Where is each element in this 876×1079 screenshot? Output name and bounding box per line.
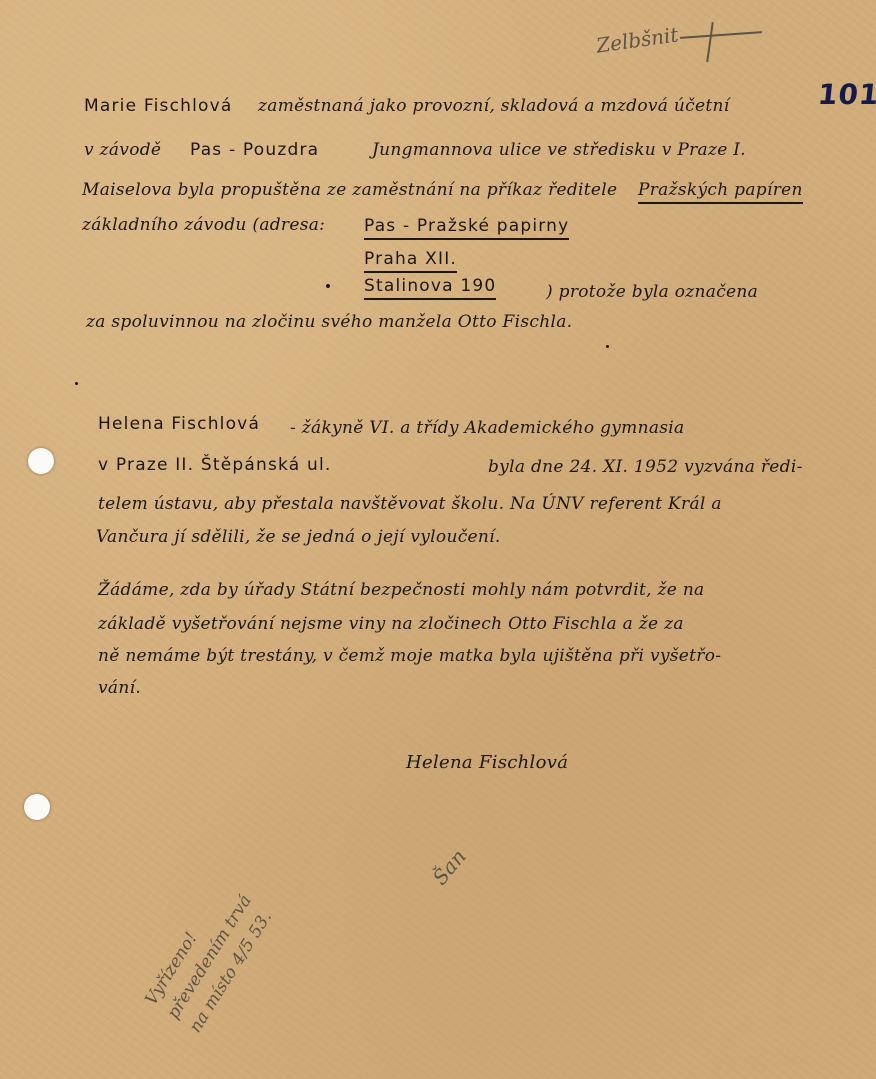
p2-line2-lead: v Praze II. Štěpánská ul. [98,455,331,475]
p1-line5-tail: ) protože byla označena [546,282,758,302]
p3-line2: základě vyšetřování nejsme viny na zloči… [98,614,684,634]
pencil-annotation-stroke [680,31,762,38]
p2-line4: Vančura jí sdělili, že se jedná o její v… [96,527,501,547]
page-number: 101 [816,78,876,111]
pencil-annotation-bottom: Vyřízeno! převedením trvá na místo 4/5 5… [139,876,281,1038]
p1-line1: zaměstnaná jako provozní, skladová a mzd… [258,96,729,116]
p3-line3: ně nemáme být trestány, v čemž moje matk… [98,646,721,666]
punch-hole-upper [28,448,54,474]
document-page: Zelbšnit 101 Marie Fischlová zaměstnaná … [0,0,876,1079]
p1-underlined-employer: Pražských papíren [638,180,803,204]
address-line-2: Praha XII. [364,249,457,273]
p1-line4: základního závodu (adresa: [82,215,325,235]
address-line-1: Pas - Pražské papirny [364,216,569,240]
ink-dot [326,284,330,288]
p1-name: Marie Fischlová [84,96,233,116]
p1-line6: za spoluvinnou na zločinu svého manžela … [86,312,572,332]
ink-dot [606,345,609,348]
p2-line1: - žákyně VI. a třídy Akademického gymnas… [290,418,684,438]
p1-line3: Maiselova byla propuštěna ze zaměstnání … [82,180,617,200]
pencil-annotation-top: Zelbšnit [595,22,680,57]
p1-company: Pas - Pouzdra [190,140,319,160]
address-line-3: Stalinova 190 [364,276,496,300]
p3-line1: Žádáme, zda by úřady Státní bezpečnosti … [98,580,705,600]
p2-name: Helena Fischlová [98,414,260,434]
signature: Helena Fischlová [406,752,568,773]
ink-dot [75,382,78,385]
p2-line3: telem ústavu, aby přestala navštěvovat š… [98,494,722,514]
p2-line2-rest: byla dne 24. XI. 1952 vyzvána ředi- [488,457,803,477]
pencil-initials: Šan [428,845,471,890]
punch-hole-lower [24,794,50,820]
p1-line2-rest: Jungmannova ulice ve středisku v Praze I… [372,140,746,160]
p3-line4: vání. [98,678,141,698]
pencil-annotation-tick [706,22,713,62]
p1-line2-lead: v závodě [84,140,161,160]
